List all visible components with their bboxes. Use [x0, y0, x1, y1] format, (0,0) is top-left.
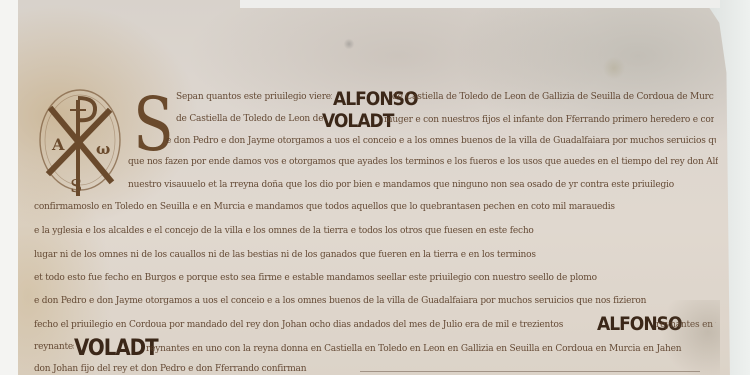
text-line-4: que nos fazen por ende damos vos e otorg… [128, 157, 718, 171]
text-line-6: confirmamoslo en Toledo en Seuilla e en … [34, 202, 718, 216]
text-line-10: e don Pedro e don Jayme otorgamos a uos … [34, 296, 718, 310]
text-line-7: e la yglesia e los alcaldes e el concejo… [34, 226, 718, 240]
svg-text:S: S [70, 176, 82, 197]
background-left [0, 0, 20, 375]
top-edge [240, 0, 720, 8]
text-line-13: don Johan fijo del rey et don Pedro e do… [34, 364, 414, 375]
parchment-stain [660, 300, 720, 375]
text-line-12b: reynantes en uno con la reyna donna en C… [146, 344, 716, 358]
text-line-2: de Castiella de Toledo de Leon de Galliz… [176, 114, 324, 128]
text-line-11: fecho el priuilegio en Cordoua por manda… [34, 320, 598, 334]
text-line-3: e don Pedro e don Jayme otorgamos a uos … [166, 136, 716, 150]
text-line-5: nuestro visauuelo et la rreyna doña que … [128, 180, 718, 194]
text-line-1b: de Castiella de Toledo de Leon de Galliz… [392, 92, 714, 106]
text-line-8: lugar ni de los omnes ni de los cauallos… [34, 250, 718, 264]
svg-text:A: A [51, 135, 65, 154]
text-line-1: Sepan quantos este priuilegio vieren com… [176, 92, 332, 106]
display-capital-voladt: VOLADT [322, 112, 393, 131]
ruling-line [360, 371, 700, 372]
svg-text:ω: ω [96, 140, 110, 158]
text-line-2b: muger e con nuestros fijos el infante do… [384, 115, 714, 129]
initial-letter: S [133, 88, 174, 162]
text-line-12: reynantes en uno con la reyna donna en C… [34, 342, 74, 356]
text-line-9: et todo esto fue fecho en Burgos e porqu… [34, 273, 718, 287]
chrismon-icon: A ω S [38, 88, 122, 198]
